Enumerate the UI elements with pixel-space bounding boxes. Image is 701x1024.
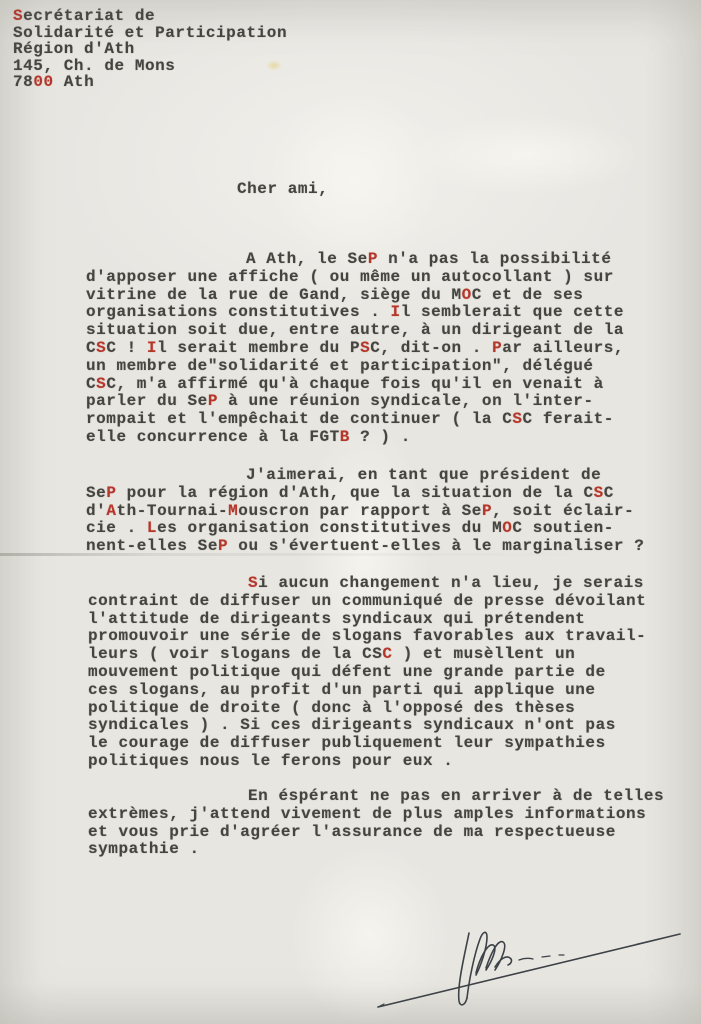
typewriter-text: Ath	[54, 73, 95, 91]
body-paragraph-3: Si aucun changement n'a lieu, je seraisc…	[88, 575, 646, 771]
typewriter-text: elle concurrence à la FGT	[86, 428, 340, 446]
text-line: un membre de"solidarité et participation…	[86, 358, 624, 376]
text-line: sympathie .	[88, 841, 664, 859]
typewriter-text: situation soit due, entre autre, à un di…	[86, 321, 624, 339]
typewriter-text: Cher ami,	[237, 180, 328, 198]
text-line: Solidarité et Participation	[13, 25, 287, 42]
typewriter-text: es organisation constitutives du M	[157, 519, 502, 537]
red-ink-text: S	[360, 339, 370, 357]
text-line: Région d'Ath	[13, 41, 287, 58]
text-line: nent-elles SeP ou s'évertuent-elles à le…	[86, 538, 644, 556]
body-paragraph-2: J'aimerai, en tant que président deSeP p…	[86, 467, 644, 556]
red-ink-text: P	[106, 484, 116, 502]
text-line: politiques nous le ferons pour eux .	[88, 753, 646, 771]
red-ink-text: I	[147, 339, 157, 357]
typewriter-text: J'aimerai, en tant que président de	[246, 466, 601, 484]
typewriter-text: ? ) .	[350, 428, 411, 446]
typewriter-text: Se	[86, 484, 106, 502]
typewriter-text: En éspérant ne pas en arriver à de telle…	[248, 787, 664, 805]
typewriter-text: Région d'Ath	[13, 40, 135, 58]
typewriter-text: ent un	[514, 645, 575, 663]
sender-address-block: Secrétariat deSolidarité et Participatio…	[13, 8, 287, 91]
text-line: rompait et l'empêchait de continuer ( la…	[86, 411, 624, 429]
typewriter-text: un membre de"solidarité et participation…	[86, 357, 594, 375]
text-line: 7800 Ath	[13, 74, 287, 91]
typewriter-text: l semblerait que cette	[401, 303, 624, 321]
salutation: Cher ami,	[237, 181, 328, 199]
typewriter-text: 78	[13, 73, 33, 91]
typewriter-text: d'apposer une affiche ( ou même un autoc…	[86, 268, 614, 286]
red-ink-text: A	[106, 502, 116, 520]
text-line: vitrine de la rue de Gand, siège du MOC …	[86, 287, 624, 305]
typewriter-text: l	[504, 645, 514, 663]
typewriter-text: extrèmes, j'attend vivement de plus ampl…	[88, 805, 646, 823]
typewriter-text: à une réunion syndicale, on l'inter-	[218, 392, 594, 410]
red-ink-text: B	[340, 428, 350, 446]
typewriter-text: C soutien-	[512, 519, 614, 537]
typewriter-text: pour la région d'Ath, que la situation d…	[116, 484, 593, 502]
red-ink-text: O	[462, 286, 472, 304]
text-line: En éspérant ne pas en arriver à de telle…	[88, 788, 664, 806]
typewriter-text: sympathie .	[88, 840, 200, 858]
typewriter-text: contraint de diffuser un communiqué de p…	[88, 592, 646, 610]
text-line: organisations constitutives . Il sembler…	[86, 304, 624, 322]
red-ink-text: P	[492, 339, 502, 357]
typewriter-text: C	[86, 339, 96, 357]
text-line: Si aucun changement n'a lieu, je serais	[88, 575, 646, 593]
red-ink-text: C	[382, 645, 392, 663]
typewriter-text: C et de ses	[472, 286, 584, 304]
scanned-letter-page: Secrétariat deSolidarité et Participatio…	[0, 0, 701, 1024]
typewriter-text: ces slogans, au profit d'un parti qui ap…	[88, 681, 596, 699]
red-ink-text: S	[594, 484, 604, 502]
body-paragraph-4: En éspérant ne pas en arriver à de telle…	[88, 788, 664, 859]
text-line: ces slogans, au profit d'un parti qui ap…	[88, 682, 646, 700]
typewriter-text: C	[604, 484, 614, 502]
red-ink-text: S	[512, 410, 522, 428]
text-line: le courage de diffuser publiquement leur…	[88, 735, 646, 753]
red-ink-text: L	[147, 519, 157, 537]
text-line: CSC ! Il serait membre du PSC, dit-on . …	[86, 340, 624, 358]
text-line: et vous prie d'agréer l'assurance de ma …	[88, 824, 664, 842]
red-ink-text: P	[218, 537, 228, 555]
text-line: d'Ath-Tournai-Mouscron par rapport à SeP…	[86, 503, 644, 521]
text-line: 145, Ch. de Mons	[13, 58, 287, 75]
typewriter-text: promouvoir une série de slogans favorabl…	[88, 627, 646, 645]
text-line: extrèmes, j'attend vivement de plus ampl…	[88, 806, 664, 824]
text-line: CSC, m'a affirmé qu'à chaque fois qu'il …	[86, 376, 624, 394]
red-ink-text: S	[248, 574, 258, 592]
text-line: Secrétariat de	[13, 8, 287, 25]
text-line: J'aimerai, en tant que président de	[86, 467, 644, 485]
typewriter-text: politique de droite ( donc à l'opposé de…	[88, 699, 575, 717]
typewriter-text: , soit éclair-	[492, 502, 634, 520]
typewriter-text: leurs ( voir slogans de la CS	[88, 645, 382, 663]
typewriter-text: l serait membre du P	[157, 339, 360, 357]
red-ink-text: I	[391, 303, 401, 321]
handwritten-signature	[338, 915, 690, 1017]
paper-light-patch	[410, 115, 640, 195]
body-paragraph-1: A Ath, le SeP n'a pas la possibilitéd'ap…	[86, 251, 624, 447]
signature-scrawl	[338, 915, 690, 1017]
typewriter-text: C, m'a affirmé qu'à chaque fois qu'il en…	[106, 375, 603, 393]
red-ink-text: P	[208, 392, 218, 410]
typewriter-text: C	[86, 375, 96, 393]
typewriter-text: cie .	[86, 519, 147, 537]
typewriter-text: d'	[86, 502, 106, 520]
typewriter-text: politiques nous le ferons pour eux .	[88, 752, 453, 770]
text-line: contraint de diffuser un communiqué de p…	[88, 593, 646, 611]
typewriter-text: ou s'évertuent-elles à le marginaliser ?	[228, 537, 644, 555]
typewriter-text: A Ath, le Se	[246, 250, 368, 268]
text-line: leurs ( voir slogans de la CSC ) et musè…	[88, 646, 646, 664]
typewriter-text: th-Tournai-	[116, 502, 228, 520]
typewriter-text: ar ailleurs,	[502, 339, 624, 357]
text-line: Cher ami,	[237, 181, 328, 199]
text-line: politique de droite ( donc à l'opposé de…	[88, 700, 646, 718]
typewriter-text: organisations constitutives .	[86, 303, 391, 321]
typewriter-text: le courage de diffuser publiquement leur…	[88, 734, 606, 752]
red-ink-text: M	[228, 502, 238, 520]
typewriter-text: rompait et l'empêchait de continuer ( la…	[86, 410, 512, 428]
text-line: situation soit due, entre autre, à un di…	[86, 322, 624, 340]
typewriter-text: Solidarité et Participation	[13, 24, 287, 42]
typewriter-text: ouscron par rapport à Se	[238, 502, 482, 520]
red-ink-text: P	[368, 250, 378, 268]
typewriter-text: ecrétariat de	[23, 7, 155, 25]
red-ink-text: 00	[33, 73, 53, 91]
typewriter-text: C, dit-on .	[370, 339, 492, 357]
text-line: promouvoir une série de slogans favorabl…	[88, 628, 646, 646]
typewriter-text: mouvement politique qui défent une grand…	[88, 663, 606, 681]
text-line: A Ath, le SeP n'a pas la possibilité	[86, 251, 624, 269]
typewriter-text: syndicales ) . Si ces dirigeants syndica…	[88, 716, 616, 734]
typewriter-text: ) et musèl	[393, 645, 505, 663]
text-line: syndicales ) . Si ces dirigeants syndica…	[88, 717, 646, 735]
text-line: elle concurrence à la FGTB ? ) .	[86, 429, 624, 447]
typewriter-text: l'attitude de dirigeants syndicaux qui p…	[88, 610, 585, 628]
text-line: SeP pour la région d'Ath, que la situati…	[86, 485, 644, 503]
red-ink-text: S	[96, 339, 106, 357]
red-ink-text: O	[502, 519, 512, 537]
text-line: mouvement politique qui défent une grand…	[88, 664, 646, 682]
typewriter-text: n'a pas la possibilité	[378, 250, 612, 268]
typewriter-text: C ferait-	[523, 410, 614, 428]
red-ink-text: P	[482, 502, 492, 520]
typewriter-text: i aucun changement n'a lieu, je serais	[258, 574, 644, 592]
typewriter-text: nent-elles Se	[86, 537, 218, 555]
typewriter-text: C !	[106, 339, 147, 357]
typewriter-text: vitrine de la rue de Gand, siège du M	[86, 286, 462, 304]
typewriter-text: et vous prie d'agréer l'assurance de ma …	[88, 823, 616, 841]
red-ink-text: S	[13, 7, 23, 25]
typewriter-text: parler du Se	[86, 392, 208, 410]
text-line: parler du SeP à une réunion syndicale, o…	[86, 393, 624, 411]
text-line: d'apposer une affiche ( ou même un autoc…	[86, 269, 624, 287]
red-ink-text: S	[96, 375, 106, 393]
text-line: l'attitude de dirigeants syndicaux qui p…	[88, 611, 646, 629]
text-line: cie . Les organisation constitutives du …	[86, 520, 644, 538]
